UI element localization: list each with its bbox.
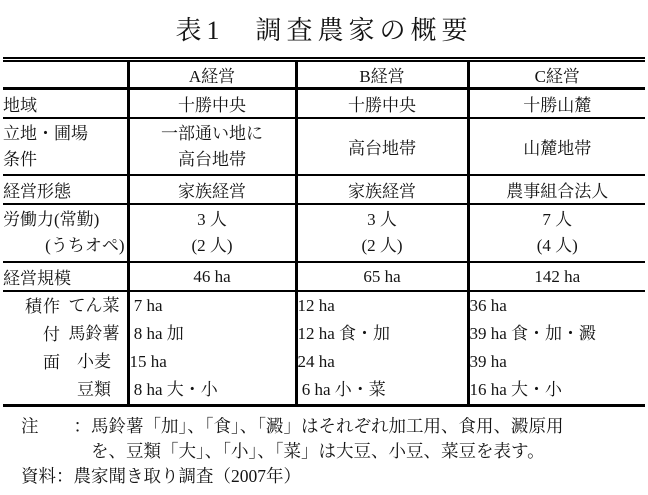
- crops-b-beet: 12 ha: [298, 292, 467, 320]
- crops-c-potato: 39 ha 食・加・澱: [470, 320, 646, 348]
- site-value-a: 一部通い地に 高台地帯: [128, 118, 296, 175]
- mgmt-value-a: 家族経営: [128, 175, 296, 204]
- region-value-b: 十勝中央: [296, 89, 468, 119]
- note-line2: を、豆類「大」、「小」、「菜」は大豆、小豆、菜豆を表す。: [21, 439, 641, 464]
- crops-values-b: 12 ha 12 ha 食・加 24 ha 6 ha 小・菜: [296, 291, 468, 406]
- header-cell-farm-a: A経営: [128, 60, 296, 89]
- row-labor-force: 労働力(常勤) (うちオペ) 3 人 (2 人) 3 人 (2 人) 7 人 (…: [3, 204, 645, 262]
- header-corner-cell: [3, 60, 128, 89]
- note-line1: 注 ：馬鈴薯「加」、「食」、「澱」はそれぞれ加工用、食用、澱原用: [21, 414, 641, 439]
- scale-label: 経営規模: [3, 262, 128, 291]
- crops-a-beet: 7 ha: [130, 292, 295, 320]
- header-cell-farm-c: C経営: [468, 60, 645, 89]
- labor-label: 労働力(常勤) (うちオペ): [3, 204, 128, 262]
- table-title: 表1 調査農家の概要: [0, 10, 648, 47]
- labor-value-c-line1: 7 人: [470, 207, 646, 233]
- row-management-form: 経営形態 家族経営 家族経営 農事組合法人: [3, 175, 645, 204]
- labor-label-line1: 労働力(常勤): [3, 207, 127, 233]
- crop-name-wheat: 小麦: [65, 348, 123, 376]
- table-notes: 注 ：馬鈴薯「加」、「食」、「澱」はそれぞれ加工用、食用、澱原用 を、豆類「大」…: [21, 414, 641, 489]
- survey-farms-table: A経営 B経営 C経営 地域 十勝中央 十勝中央 十勝山麓 立地・圃場 条件 一…: [3, 57, 645, 407]
- labor-value-c-line2: (4 人): [470, 233, 646, 259]
- crops-c-beans: 16 ha 大・小: [470, 376, 646, 404]
- labor-value-a-line2: (2 人): [130, 233, 295, 259]
- site-value-a-line2: 高台地帯: [130, 147, 295, 173]
- scale-value-c: 142 ha: [468, 262, 645, 291]
- header-row: A経営 B経営 C経営: [3, 60, 645, 89]
- crops-c-wheat: 39 ha: [470, 348, 646, 376]
- crop-name-potato: 馬鈴薯: [65, 320, 123, 348]
- mgmt-value-b: 家族経営: [296, 175, 468, 204]
- mgmt-label: 経営形態: [3, 175, 128, 204]
- crop-name-beans: 豆類: [65, 376, 123, 404]
- site-value-b: 高台地帯: [296, 118, 468, 175]
- crops-a-beans: 8 ha 大・小: [130, 376, 295, 404]
- crops-a-wheat: 15 ha: [130, 348, 295, 376]
- source-line: 資料：農家聞き取り調査（2007年）: [21, 464, 641, 489]
- row-management-scale: 経営規模 46 ha 65 ha 142 ha: [3, 262, 645, 291]
- crop-names-list: てん菜 馬鈴薯 小麦 豆類: [65, 292, 123, 404]
- region-label: 地域: [3, 89, 128, 119]
- crop-name-beet: てん菜: [65, 292, 123, 320]
- crops-b-potato: 12 ha 食・加: [298, 320, 467, 348]
- site-value-c: 山麓地帯: [468, 118, 645, 175]
- crops-a-potato: 8 ha 加: [130, 320, 295, 348]
- labor-value-b: 3 人 (2 人): [296, 204, 468, 262]
- mgmt-value-c: 農事組合法人: [468, 175, 645, 204]
- site-label-line2: 条件: [3, 147, 127, 173]
- labor-value-a: 3 人 (2 人): [128, 204, 296, 262]
- crops-b-wheat: 24 ha: [298, 348, 467, 376]
- row-region: 地域 十勝中央 十勝中央 十勝山麓: [3, 89, 645, 119]
- crops-label-cell: 作付面積 てん菜 馬鈴薯 小麦 豆類: [3, 291, 128, 406]
- labor-value-b-line2: (2 人): [298, 233, 467, 259]
- site-label: 立地・圃場 条件: [3, 118, 128, 175]
- labor-value-a-line1: 3 人: [130, 207, 295, 233]
- site-value-a-line1: 一部通い地に: [130, 121, 295, 147]
- crops-values-c: 36 ha 39 ha 食・加・澱 39 ha 16 ha 大・小: [468, 291, 645, 406]
- row-site-conditions: 立地・圃場 条件 一部通い地に 高台地帯 高台地帯 山麓地帯: [3, 118, 645, 175]
- page: 表1 調査農家の概要 A経営 B経営 C経営 地域 十勝中央 十勝中央 十勝山麓…: [0, 0, 648, 495]
- region-value-c: 十勝山麓: [468, 89, 645, 119]
- labor-value-b-line1: 3 人: [298, 207, 467, 233]
- crops-b-beans: 6 ha 小・菜: [298, 376, 467, 404]
- labor-value-c: 7 人 (4 人): [468, 204, 645, 262]
- row-planted-area: 作付面積 てん菜 馬鈴薯 小麦 豆類 7 ha 8 ha 加 15 ha 8 h…: [3, 291, 645, 406]
- scale-value-a: 46 ha: [128, 262, 296, 291]
- header-cell-farm-b: B経営: [296, 60, 468, 89]
- crops-vertical-label: 作付面積: [22, 292, 58, 404]
- crops-c-beet: 36 ha: [470, 292, 646, 320]
- labor-label-line2: (うちオペ): [3, 233, 127, 259]
- site-label-line1: 立地・圃場: [3, 121, 127, 147]
- region-value-a: 十勝中央: [128, 89, 296, 119]
- scale-value-b: 65 ha: [296, 262, 468, 291]
- crops-values-a: 7 ha 8 ha 加 15 ha 8 ha 大・小: [128, 291, 296, 406]
